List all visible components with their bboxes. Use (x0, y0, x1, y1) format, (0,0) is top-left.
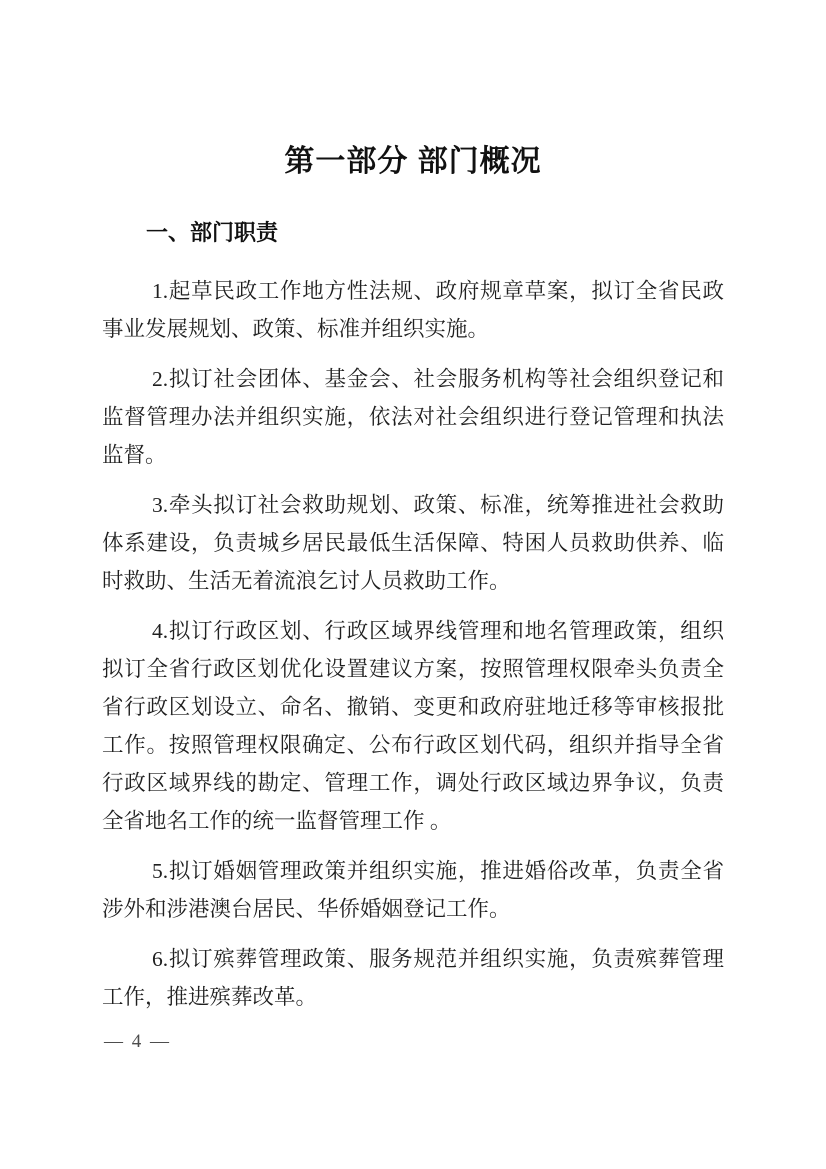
paragraph-1: 1.起草民政工作地方性法规、政府规章草案，拟订全省民政事业发展规划、政策、标准并… (102, 272, 724, 348)
document-page: 第一部分 部门概况 一、部门职责 1.起草民政工作地方性法规、政府规章草案，拟订… (0, 0, 826, 1169)
page-content: 第一部分 部门概况 一、部门职责 1.起草民政工作地方性法规、政府规章草案，拟订… (102, 0, 724, 1016)
page-number: — 4 — (104, 1030, 171, 1054)
paragraph-6: 6.拟订殡葬管理政策、服务规范并组织实施，负责殡葬管理工作，推进殡葬改革。 (102, 940, 724, 1016)
paragraph-4: 4.拟订行政区划、行政区域界线管理和地名管理政策，组织拟订全省行政区划优化设置建… (102, 612, 724, 840)
body-text: 1.起草民政工作地方性法规、政府规章草案，拟订全省民政事业发展规划、政策、标准并… (102, 272, 724, 1016)
paragraph-5: 5.拟订婚姻管理政策并组织实施，推进婚俗改革，负责全省涉外和涉港澳台居民、华侨婚… (102, 852, 724, 928)
paragraph-2: 2.拟订社会团体、基金会、社会服务机构等社会组织登记和监督管理办法并组织实施，依… (102, 360, 724, 474)
document-title: 第一部分 部门概况 (102, 144, 724, 180)
section-heading: 一、部门职责 (102, 220, 724, 246)
paragraph-3: 3.牵头拟订社会救助规划、政策、标准，统筹推进社会救助体系建设，负责城乡居民最低… (102, 486, 724, 600)
